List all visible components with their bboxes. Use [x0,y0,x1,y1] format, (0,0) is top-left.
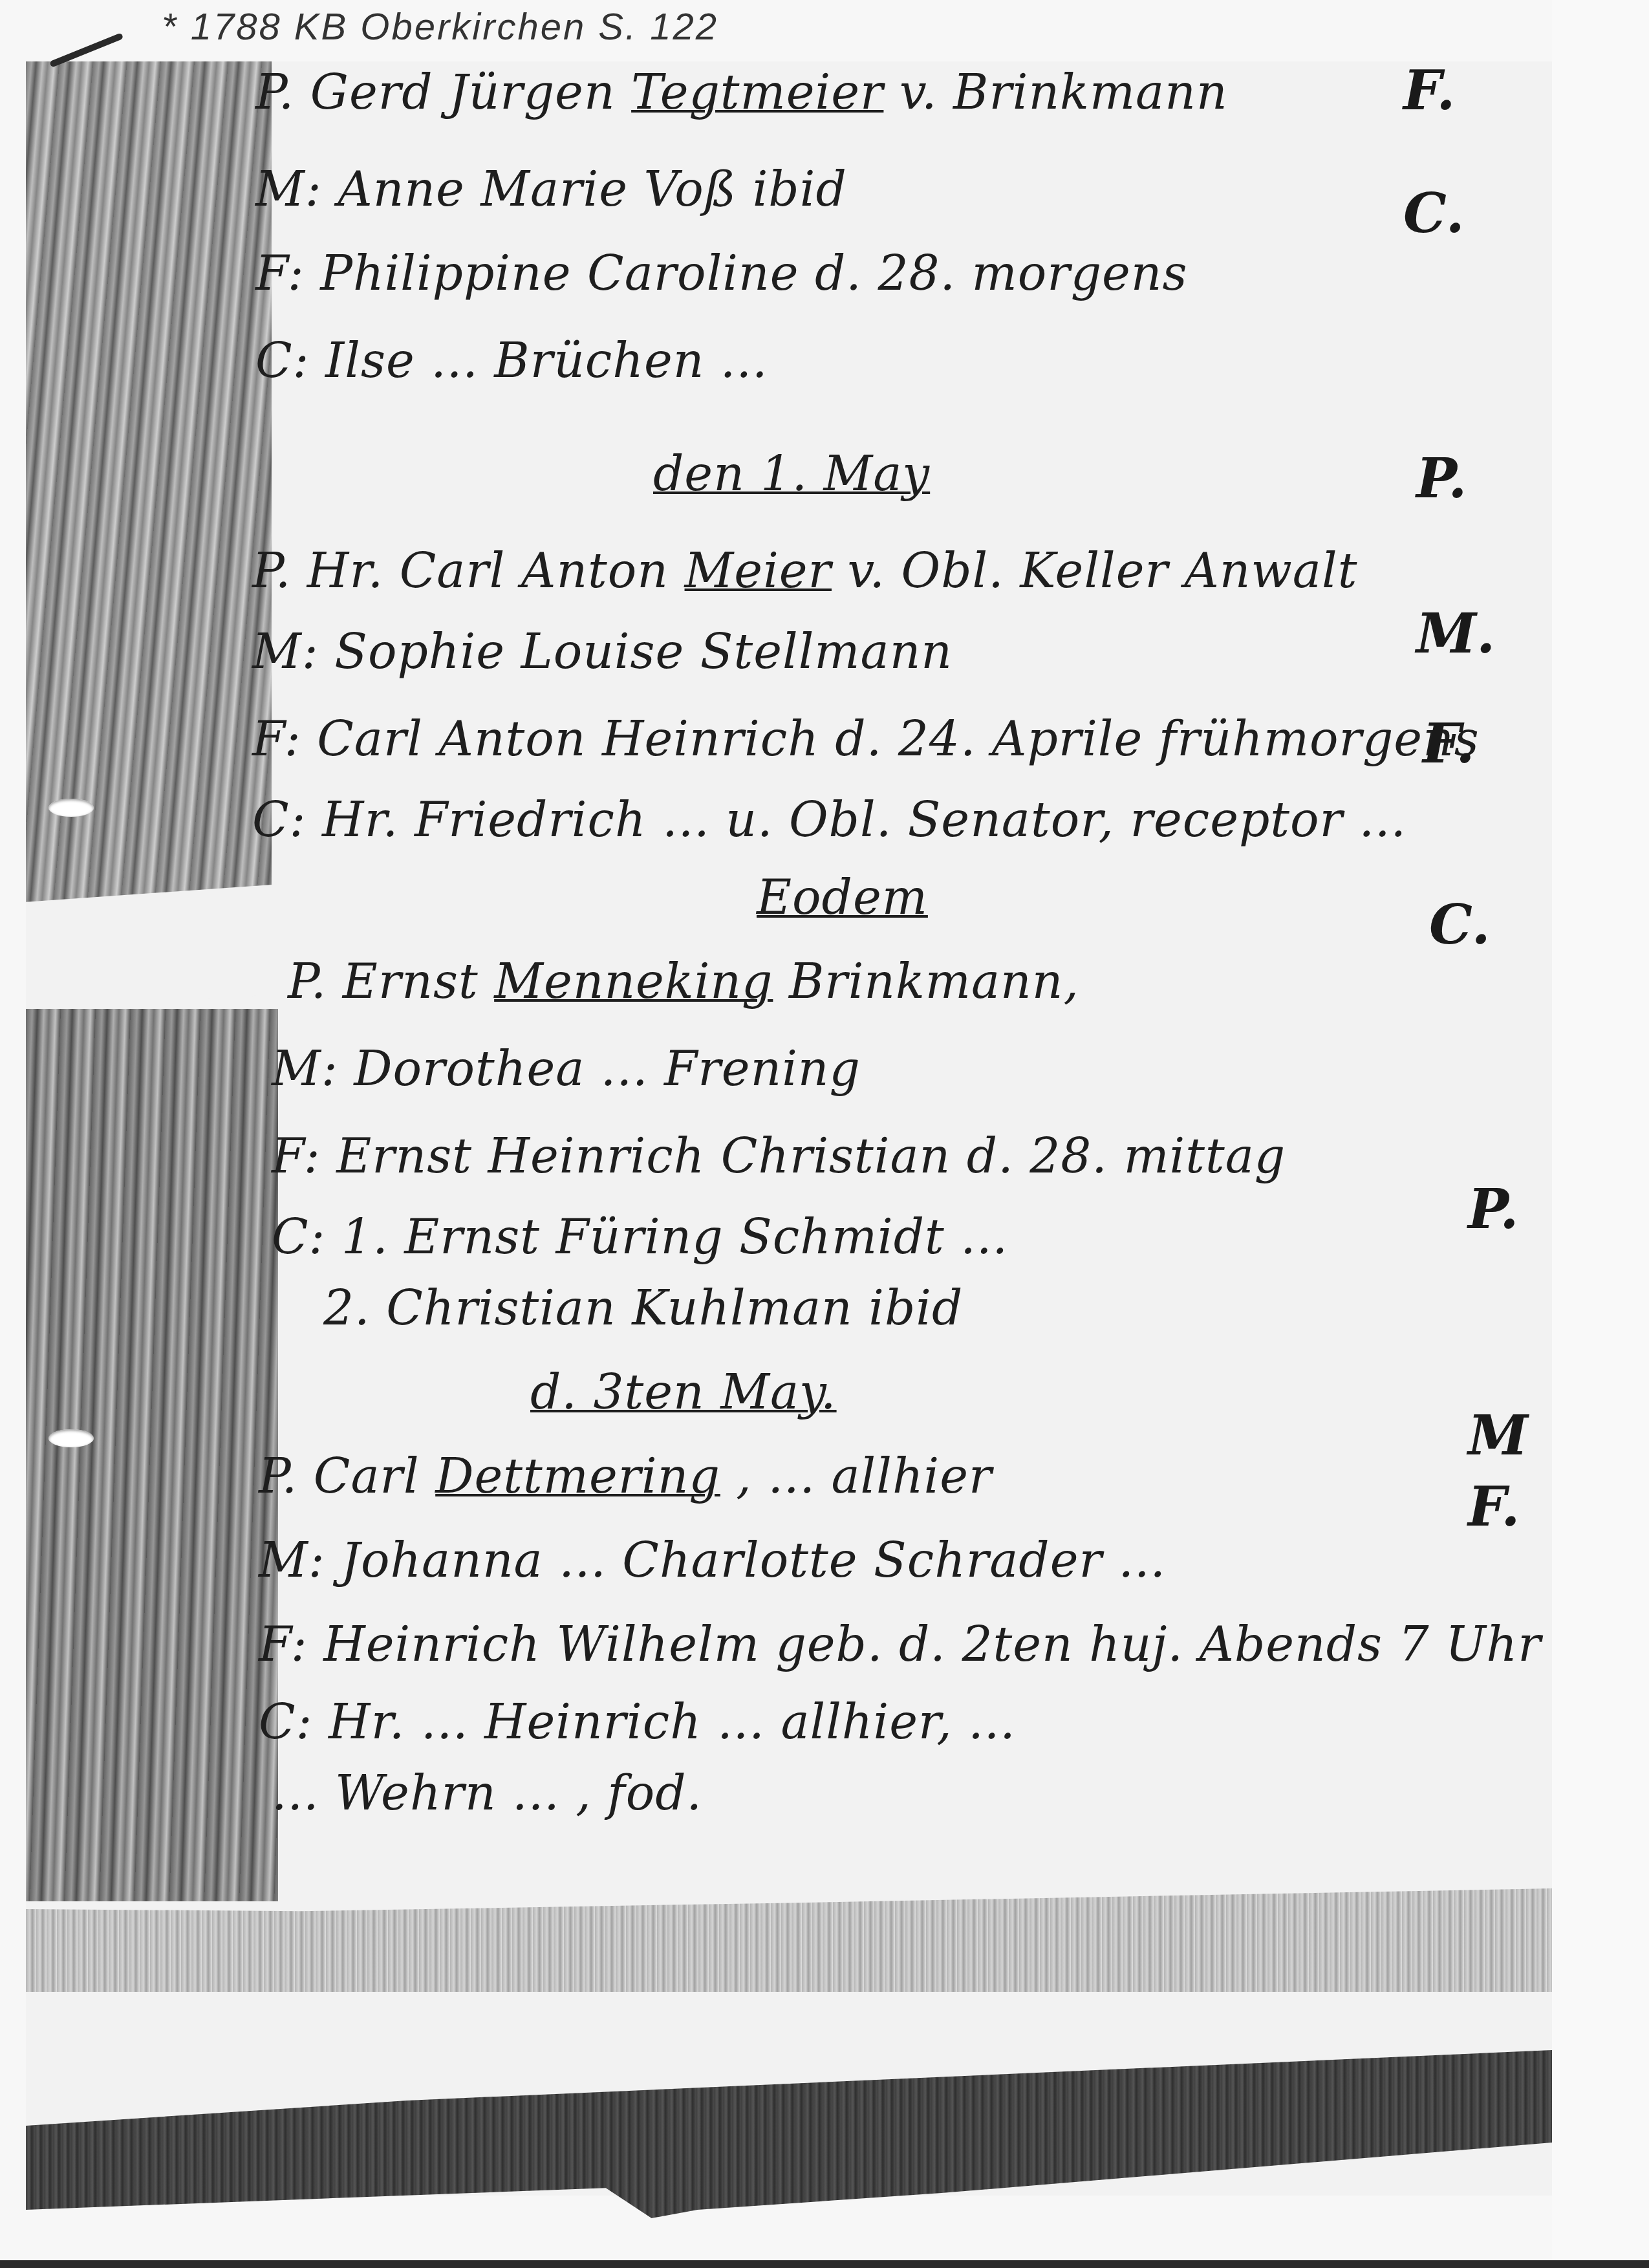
entry-4-child: F: Heinrich Wilhelm geb. d. 2ten huj. Ab… [259,1617,1542,1672]
entry-2-mother: M: Sophie Louise Stellmann [252,624,953,680]
surname: Tegtmeier [631,65,883,120]
adjacent-page-fragment: C. [1403,181,1465,245]
entry-2-father: P. Hr. Carl Anton Meier v. Obl. Keller A… [252,543,1357,599]
scanned-page: * 1788 KB Oberkirchen S. 122 P. Gerd Jür… [0,0,1649,2268]
entry-2-date-heading: den 1. May [653,446,930,502]
entry-2-child: F: Carl Anton Heinrich d. 24. Aprile frü… [252,711,1480,767]
entry-3-child: F: Ernst Heinrich Christian d. 28. mitta… [272,1129,1286,1184]
entry-3-mother: M: Dorothea ... Frening [272,1041,861,1097]
entry-3-father: P. Ernst Menneking Brinkmann, [288,954,1079,1010]
adjacent-page-fragment: F. [1423,711,1474,775]
entry-2-godparents: C: Hr. Friedrich ... u. Obl. Senator, re… [252,792,1406,848]
scanner-margin [1552,0,1649,2268]
punch-hole-icon [48,799,94,817]
adjacent-page-fragment: P. [1416,446,1467,510]
scanner-bottom-edge [0,2260,1649,2268]
entry-1-mother: M: Anne Marie Voß ibid [255,162,847,217]
entry-4-godparents-continued: ... Wehrn ... , fod. [272,1766,702,1821]
surname: Meier [685,543,832,599]
archive-reference-note: * 1788 KB Oberkirchen S. 122 [162,5,718,49]
entry-1-godparents: C: Ilse ... Brüchen ... [255,333,768,389]
binding-shadow-upper [26,61,272,902]
entry-3-godparent-2: 2. Christian Kuhlman ibid [323,1280,963,1336]
adjacent-page-fragment: M. [1416,601,1495,665]
entry-4-mother: M: Johanna ... Charlotte Schrader ... [259,1533,1166,1588]
punch-hole-icon [48,1429,94,1447]
entry-4-date-heading: d. 3ten May. [530,1365,837,1420]
adjacent-page-fragment: C. [1429,892,1491,956]
adjacent-page-fragment: M [1468,1403,1528,1467]
surname: Dettmering [435,1449,720,1504]
adjacent-page-fragment: P. [1468,1177,1519,1241]
entry-3-godparent-1: C: 1. Ernst Füring Schmidt ... [272,1209,1008,1265]
surname: Menneking [494,954,773,1010]
entry-1-child: F: Philippine Caroline d. 28. morgens [255,246,1188,301]
adjacent-page-fragment: F. [1403,58,1455,122]
entry-4-godparents: C: Hr. ... Heinrich ... allhier, ... [259,1694,1016,1750]
binding-fold-gap [26,883,297,1011]
entry-3-date-heading: Eodem [757,870,928,925]
binding-shadow-lower [26,1009,278,1901]
entry-4-father: P. Carl Dettmering , ... allhier [259,1449,992,1504]
entry-1-father: P. Gerd Jürgen Tegtmeier v. Brinkmann [255,65,1228,120]
adjacent-page-fragment: F. [1468,1474,1520,1539]
